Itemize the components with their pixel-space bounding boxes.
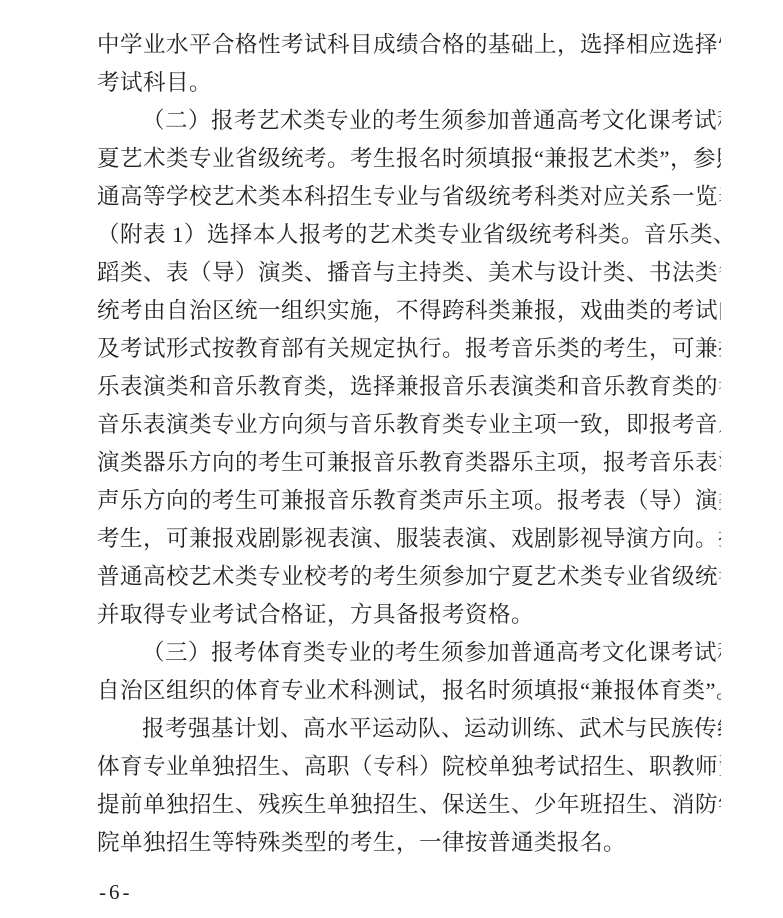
text-line: 夏艺术类专业省级统考。考生报名时须填报“兼报艺术类”，参照《普 — [97, 140, 721, 178]
text-line: 普通高校艺术类专业校考的考生须参加宁夏艺术类专业省级统考， — [97, 558, 721, 596]
text-line: （附表 1）选择本人报考的艺术类专业省级统考科类。音乐类、舞 — [97, 216, 721, 254]
text-line: 报考强基计划、高水平运动队、运动训练、武术与民族传统 — [97, 710, 721, 748]
text-line: 及考试形式按教育部有关规定执行。报考音乐类的考生，可兼报音 — [97, 330, 721, 368]
text-line: 中学业水平合格性考试科目成绩合格的基础上，选择相应选择性 — [97, 26, 721, 64]
text-line: 乐表演类和音乐教育类，选择兼报音乐表演类和音乐教育类的考生， — [97, 368, 721, 406]
text-line: 音乐表演类专业方向须与音乐教育类专业主项一致，即报考音乐表 — [97, 406, 721, 444]
text-line: 院单独招生等特殊类型的考生，一律按普通类报名。 — [97, 824, 721, 862]
text-line: 体育专业单独招生、高职（专科）院校单独考试招生、职教师资 — [97, 748, 721, 786]
page-number: -6- — [99, 873, 133, 911]
text-line: 考生，可兼报戏剧影视表演、服装表演、戏剧影视导演方向。报考 — [97, 520, 721, 558]
text-line: （三）报考体育类专业的考生须参加普通高考文化课考试和 — [97, 634, 721, 672]
text-line: 考试科目。 — [97, 64, 721, 102]
text-line: 通高等学校艺术类本科招生专业与省级统考科类对应关系一览表》 — [97, 178, 721, 216]
text-line: 统考由自治区统一组织实施，不得跨科类兼报，戏曲类的考试内容 — [97, 292, 721, 330]
body-text: 中学业水平合格性考试科目成绩合格的基础上，选择相应选择性 考试科目。 （二）报考… — [97, 26, 721, 862]
text-line: 自治区组织的体育专业术科测试，报名时须填报“兼报体育类”。 — [97, 672, 721, 710]
text-line: 提前单独招生、残疾生单独招生、保送生、少年班招生、消防学 — [97, 786, 721, 824]
text-line: 蹈类、表（导）演类、播音与主持类、美术与设计类、书法类省级 — [97, 254, 721, 292]
text-line: （二）报考艺术类专业的考生须参加普通高考文化课考试和宁 — [97, 102, 721, 140]
text-line: 声乐方向的考生可兼报音乐教育类声乐主项。报考表（导）演类的 — [97, 482, 721, 520]
text-line: 演类器乐方向的考生可兼报音乐教育类器乐主项，报考音乐表演类 — [97, 444, 721, 482]
document-page: 中学业水平合格性考试科目成绩合格的基础上，选择相应选择性 考试科目。 （二）报考… — [0, 0, 783, 918]
text-line: 并取得专业考试合格证，方具备报考资格。 — [97, 596, 721, 634]
